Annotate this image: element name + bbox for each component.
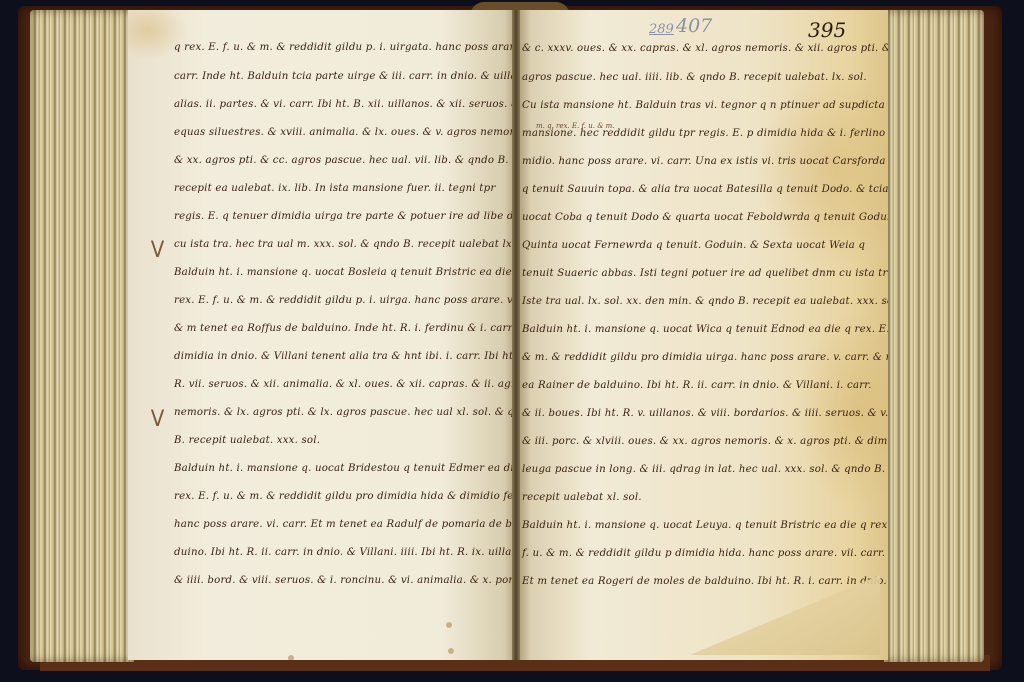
text-line: cu ista tra. hec tra ual m. xxx. sol. & …	[174, 239, 520, 250]
paragraph-marker: V	[151, 238, 165, 263]
text-line: alias. ii. partes. & vi. carr. Ibi ht. B…	[174, 99, 520, 110]
text-line: Balduin ht. i. mansione q. uocat Wica q …	[522, 324, 888, 335]
text-line: regis. E. q tenuer dimidia uirga tre par…	[174, 211, 520, 222]
text-line: Et m tenet ea Rogeri de moles de balduin…	[522, 576, 888, 587]
text-line: & m. & reddidit gildu pro dimidia uirga.…	[522, 352, 888, 363]
text-line: R. vii. seruos. & xii. animalia. & xl. o…	[174, 379, 520, 390]
text-line: & c. xxxv. oues. & xx. capras. & xl. agr…	[522, 43, 888, 54]
text-line: recepit ea ualebat. ix. lib. In ista man…	[174, 183, 495, 194]
book-gutter	[512, 10, 520, 660]
folio-number-modern: 407	[676, 15, 712, 37]
text-line: recepit ualebat xl. sol.	[522, 492, 642, 503]
text-line: & iii. porc. & xlviii. oues. & xx. agros…	[522, 436, 888, 447]
text-line: Quinta uocat Fernewrda q tenuit. Goduin.…	[522, 240, 865, 251]
text-line: Balduin ht. i. mansione q. uocat Leuya. …	[522, 520, 888, 531]
text-line: Iste tra ual. lx. sol. xx. den min. & qn…	[522, 296, 888, 307]
text-line: dimidia in dnio. & Villani tenent alia t…	[174, 351, 513, 362]
text-line: & ii. boues. Ibi ht. R. v. uillanos. & v…	[522, 408, 888, 419]
text-line: nemoris. & lx. agros pti. & lx. agros pa…	[174, 407, 520, 418]
left-page: V V q rex. E. f. u. & m. & reddidit gild…	[128, 10, 520, 660]
text-line: midio. hanc poss arare. vi. carr. Una ex…	[522, 156, 886, 167]
text-line: agros pascue. hec ual. iiii. lib. & qndo…	[522, 72, 867, 83]
text-line: duino. Ibi ht. R. ii. carr. in dnio. & V…	[174, 547, 518, 558]
text-line: Cu ista mansione ht. Balduin tras vi. te…	[522, 100, 885, 111]
spot	[446, 622, 452, 628]
text-line: q tenuit Sauuin topa. & alia tra uocat B…	[522, 184, 888, 195]
text-line: & iiii. bord. & viii. seruos. & i. ronci…	[174, 575, 520, 586]
text-line: hanc poss arare. vi. carr. Et m tenet ea…	[174, 519, 520, 530]
text-line: Balduin ht. i. mansione q. uocat Bosleia…	[174, 267, 520, 278]
text-line: rex. E. f. u. & m. & reddidit gildu pro …	[174, 491, 520, 502]
text-line: equas siluestres. & xviii. animalia. & l…	[174, 127, 520, 138]
spot	[288, 655, 294, 660]
text-line: & m tenet ea Roffus de balduino. Inde ht…	[174, 323, 520, 334]
right-page: 289 407 395 m. q. rex. E. f. u. & m. & c…	[516, 10, 888, 660]
text-line: carr. Inde ht. Balduin tcia parte uirge …	[174, 71, 520, 82]
paragraph-marker: V	[151, 407, 165, 432]
right-page-stack	[884, 10, 984, 662]
text-line: ea Rainer de balduino. Ibi ht. R. ii. ca…	[522, 380, 872, 391]
folio-number-old: 289	[649, 22, 674, 37]
text-line: rex. E. f. u. & m. & reddidit gildu p. i…	[174, 295, 520, 306]
spot	[448, 648, 454, 654]
text-line: tenuit Suaeric abbas. Isti tegni potuer …	[522, 268, 888, 279]
text-line: f. u. & m. & reddidit gildu p dimidia hi…	[522, 548, 885, 559]
text-line: B. recepit ualebat. xxx. sol.	[174, 435, 320, 446]
text-line: q rex. E. f. u. & m. & reddidit gildu p.…	[174, 42, 520, 53]
text-line: uocat Coba q tenuit Dodo & quarta uocat …	[522, 212, 888, 223]
folio-number: 395	[808, 18, 846, 42]
left-page-stack	[30, 10, 134, 662]
text-line: leuga pascue in long. & iii. qdrag in la…	[522, 464, 885, 475]
text-line: Balduin ht. i. mansione q. uocat Bridest…	[174, 463, 520, 474]
text-line: & xx. agros pti. & cc. agros pascue. hec…	[174, 155, 509, 166]
text-line: mansione. hec reddidit gildu tpr regis. …	[522, 128, 888, 139]
